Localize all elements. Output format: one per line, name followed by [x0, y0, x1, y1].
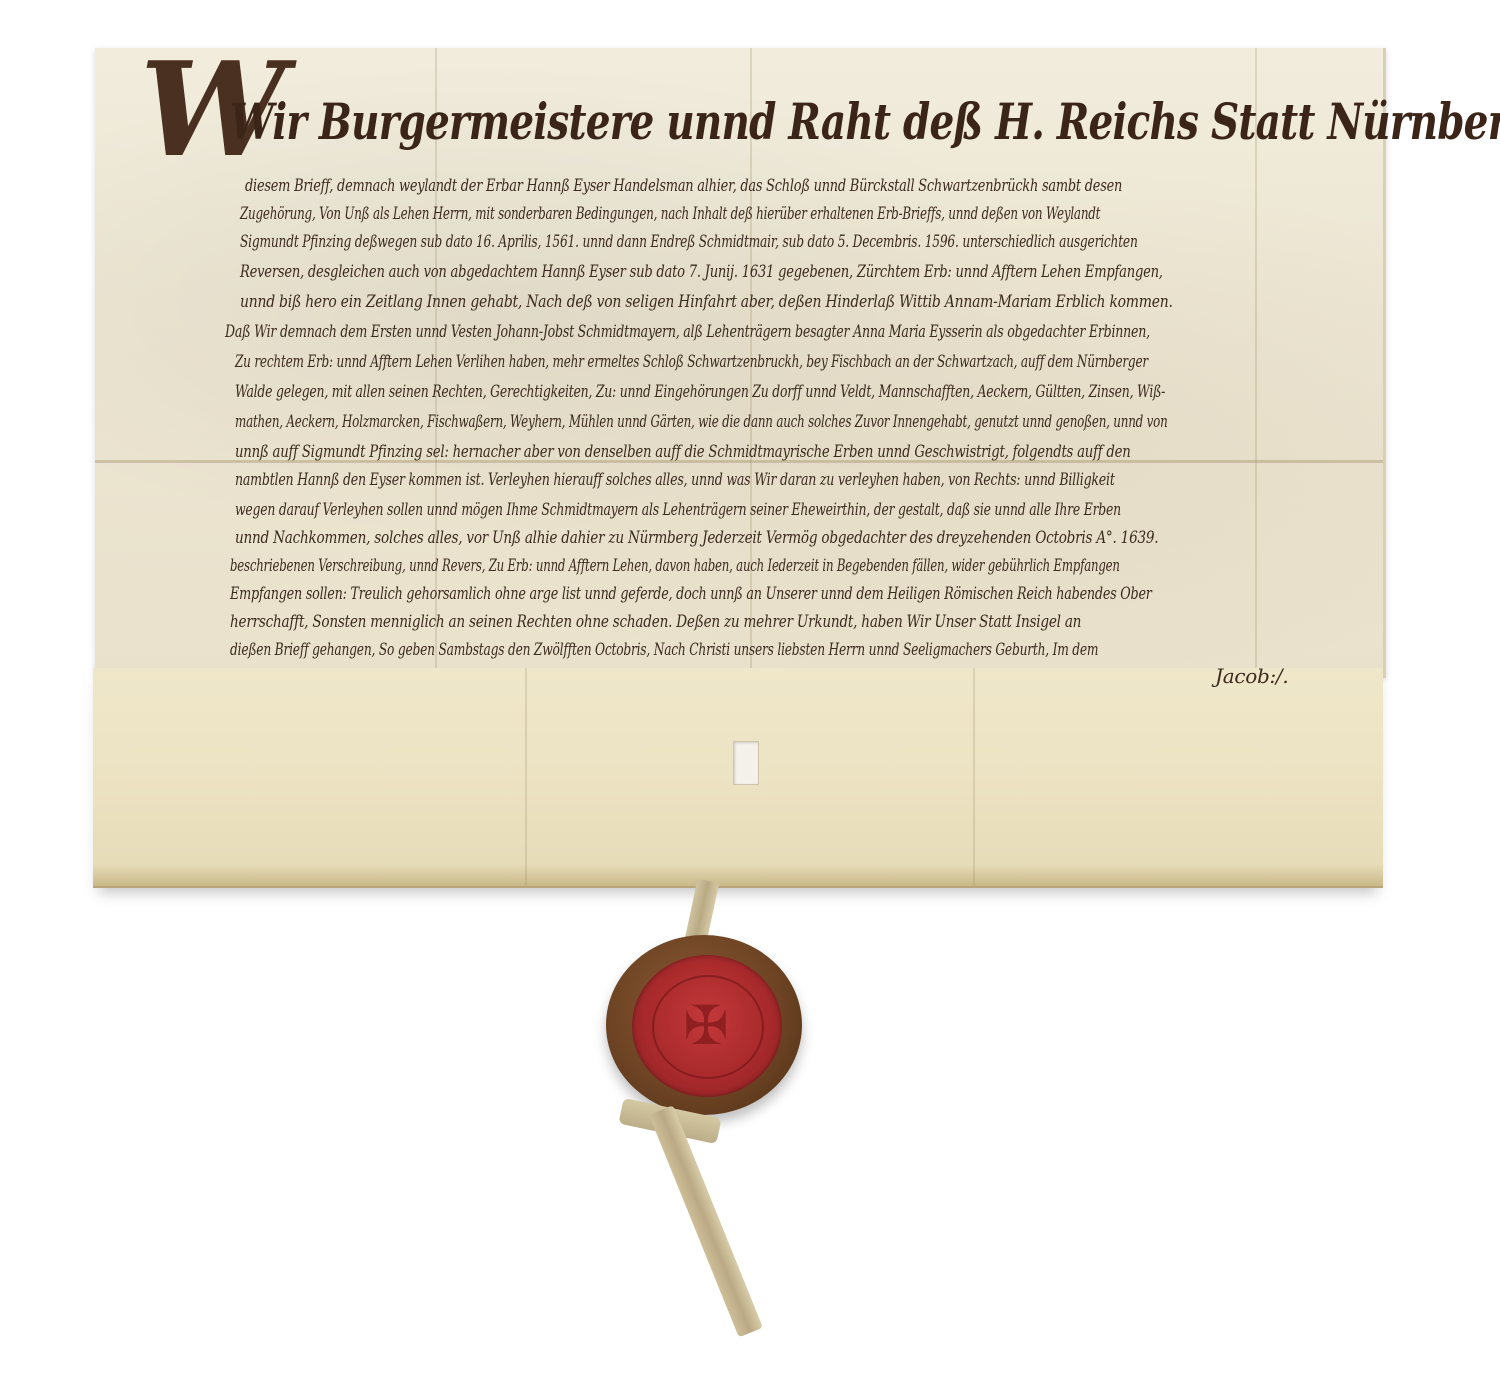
text-line: unnß auff Sigmundt Pfinzing sel: hernach… [235, 442, 1131, 462]
signature: Jacob:/. [1215, 664, 1288, 688]
text-line: unnd biß hero ein Zeitlang Innen gehabt,… [240, 292, 1173, 312]
text-line: Sigmundt Pfinzing deßwegen sub dato 16. … [240, 232, 1138, 252]
text-line: nambtlen Hannß den Eyser kommen ist. Ver… [235, 470, 1115, 490]
text-line: unnd Nachkommen, solches alles, vor Unß … [235, 528, 1158, 548]
text-line: Zugehörung, Von Unß als Lehen Herrn, mit… [240, 204, 1100, 224]
text-line: Walde gelegen, mit allen seinen Rechten,… [235, 382, 1165, 402]
text-line: Zu rechtem Erb: unnd Afftern Lehen Verli… [235, 352, 1148, 372]
text-line: herrschafft, Sonsten menniglich an seine… [230, 612, 1081, 632]
fold-crease-vertical [973, 668, 975, 886]
text-line: dießen Brieff gehangen, So geben Sambsta… [230, 640, 1098, 660]
eagle-icon: ✠ [676, 990, 736, 1062]
text-line: Daß Wir demnach dem Ersten unnd Vesten J… [225, 322, 1150, 342]
document-heading: Wir Burgermeistere unnd Raht deß H. Reic… [230, 72, 1143, 172]
text-line: Empfangen sollen: Treulich gehorsamlich … [230, 584, 1152, 604]
text-line: wegen darauf Verleyhen sollen unnd mögen… [235, 500, 1121, 520]
seal-tag-slot [733, 741, 759, 785]
fold-crease-vertical [525, 668, 527, 886]
text-line: diesem Brieff, demnach weylandt der Erba… [245, 176, 1122, 196]
text-line: Reversen, desgleichen auch von abgedacht… [240, 262, 1163, 282]
text-line: beschriebenen Verschreibung, unnd Revers… [230, 556, 1120, 576]
text-line: mathen, Aeckern, Holzmarcken, Fischwaßer… [235, 412, 1168, 432]
